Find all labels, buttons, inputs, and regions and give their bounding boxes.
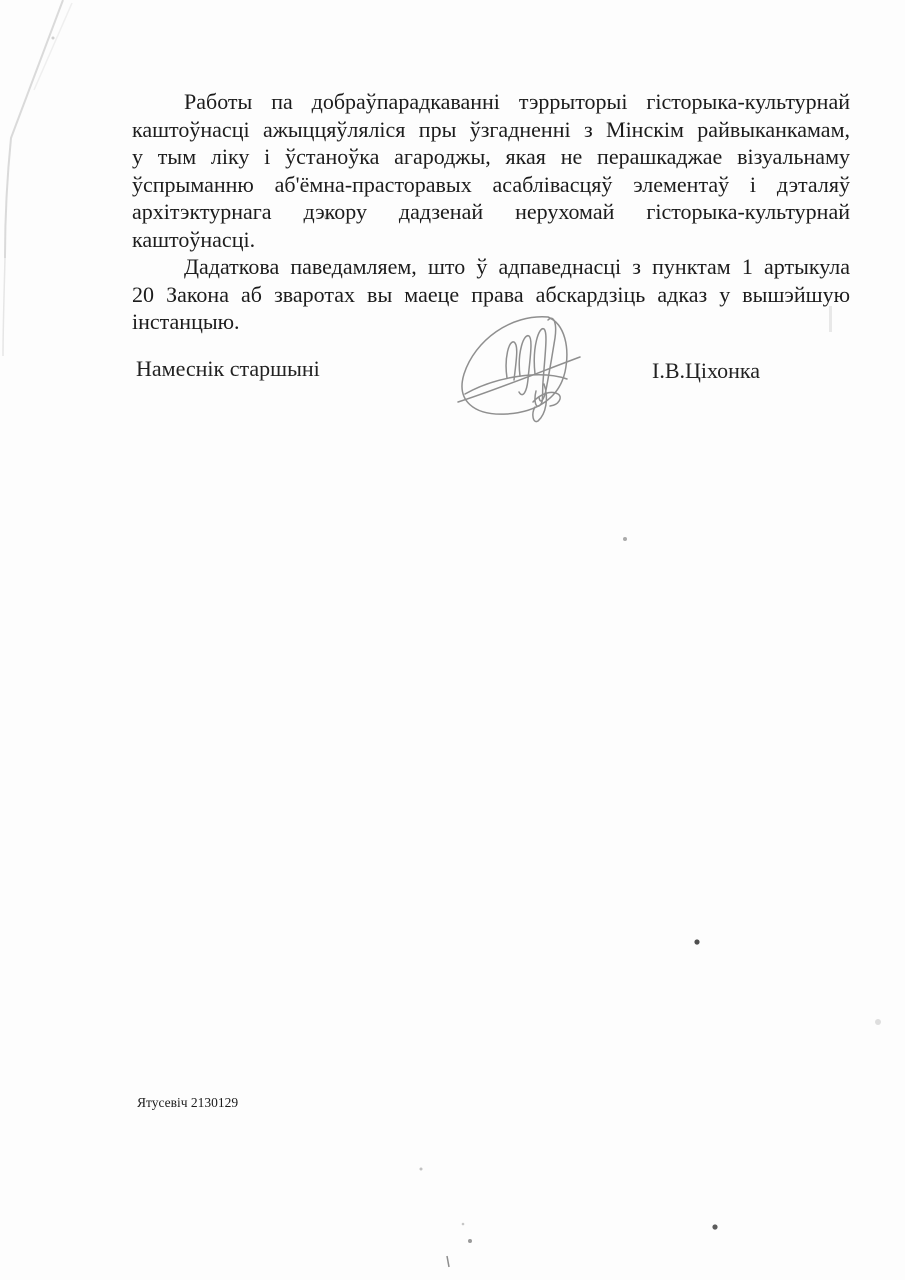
body-line: каштоўнасці ажыццяўляліся пры ўзгадненні… bbox=[132, 116, 850, 144]
paragraph-improvement-works: Работы па добраўпарадкаванні тэррыторыі … bbox=[132, 88, 850, 253]
speck bbox=[52, 37, 55, 40]
body-line: Работы па добраўпарадкаванні тэррыторыі … bbox=[132, 88, 850, 116]
signatory-name: І.В.Ціхонка bbox=[652, 358, 760, 384]
speck bbox=[712, 1224, 717, 1229]
body-line: Дадаткова паведамляем, што ў адпаведнасц… bbox=[132, 253, 850, 281]
speck bbox=[462, 1223, 465, 1226]
signature-squiggle-2 bbox=[519, 336, 531, 395]
executor-reference: Ятусевіч 2130129 bbox=[137, 1095, 238, 1111]
crease-highlight bbox=[34, 3, 72, 90]
speck bbox=[875, 1019, 881, 1025]
crease-line bbox=[5, 0, 63, 258]
body-line: ўспрыманню аб'ёмна-прасторавых асаблівас… bbox=[132, 171, 850, 199]
body-line: каштоўнасці. bbox=[132, 226, 850, 254]
body-line: архітэктурнага дэкору дадзенай нерухомай… bbox=[132, 198, 850, 226]
signatory-position-title: Намеснік старшыні bbox=[136, 356, 320, 382]
body-line: у тым ліку і ўстаноўка агароджы, якая не… bbox=[132, 143, 850, 171]
speck bbox=[694, 939, 699, 944]
handwritten-signature bbox=[445, 302, 637, 430]
speck bbox=[623, 537, 627, 541]
crease-line-fade bbox=[3, 258, 5, 356]
signature-tall-stroke bbox=[539, 318, 556, 401]
speck bbox=[420, 1168, 423, 1171]
speck-mark bbox=[447, 1256, 449, 1267]
signature-squiggle-1 bbox=[506, 342, 517, 380]
scanned-letter-page: Работы па добраўпарадкаванні тэррыторыі … bbox=[0, 0, 905, 1280]
speck bbox=[468, 1239, 472, 1243]
signature-inner-sweep bbox=[465, 375, 567, 394]
letter-body: Работы па добраўпарадкаванні тэррыторыі … bbox=[132, 88, 850, 336]
